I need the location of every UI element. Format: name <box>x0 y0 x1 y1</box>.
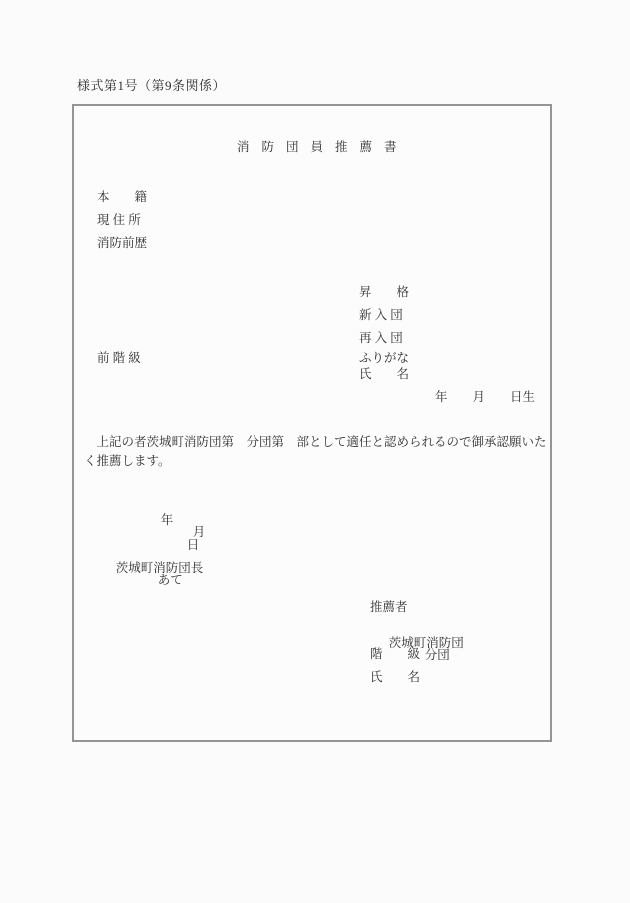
body-paragraph: 上記の者茨城町消防団第 分団第 部として適任と認められるので御承認願いた く推薦… <box>84 433 542 471</box>
field-current-address: 現 住 所 <box>97 214 141 227</box>
field-registered-domicile: 本 籍 <box>97 191 147 204</box>
form-number-label: 様式第1号（第9条関係） <box>77 79 226 92</box>
recommender-name-label: 氏 名 <box>370 671 420 684</box>
form-border-box: 消防団員推薦書 本 籍 現 住 所 消防前歴 昇 格 新 入 団 再 入 団 前… <box>72 104 552 742</box>
form-title: 消防団員推薦書 <box>237 141 409 154</box>
addressee-line: 茨城町消防団長 あて <box>97 549 203 599</box>
recommender-heading: 推薦者 <box>370 601 408 614</box>
field-previous-rank: 前 階 級 <box>97 352 141 365</box>
field-name: 氏 名 <box>359 368 409 381</box>
field-birth-date: 年 月 日生 <box>435 391 535 404</box>
field-promotion: 昇 格 <box>359 286 409 299</box>
field-re-enrollment: 再 入 団 <box>359 332 403 345</box>
document-page: 様式第1号（第9条関係） 消防団員推薦書 本 籍 現 住 所 消防前歴 昇 格 … <box>0 0 630 903</box>
field-fire-service-history: 消防前歴 <box>97 237 147 250</box>
field-furigana: ふりがな <box>359 352 409 365</box>
body-line-2: く推薦します。 <box>84 452 542 471</box>
body-line-1: 上記の者茨城町消防団第 分団第 部として適任と認められるので御承認願いた <box>84 433 542 452</box>
field-new-enrollment: 新 入 団 <box>359 309 403 322</box>
date-year-label: 年 <box>161 514 174 527</box>
addressee-suffix: あて <box>158 574 183 587</box>
recommender-division-label: 分団 <box>425 649 450 662</box>
recommender-rank-label: 階 級 <box>370 648 420 661</box>
date-month-label: 月 <box>193 526 206 539</box>
